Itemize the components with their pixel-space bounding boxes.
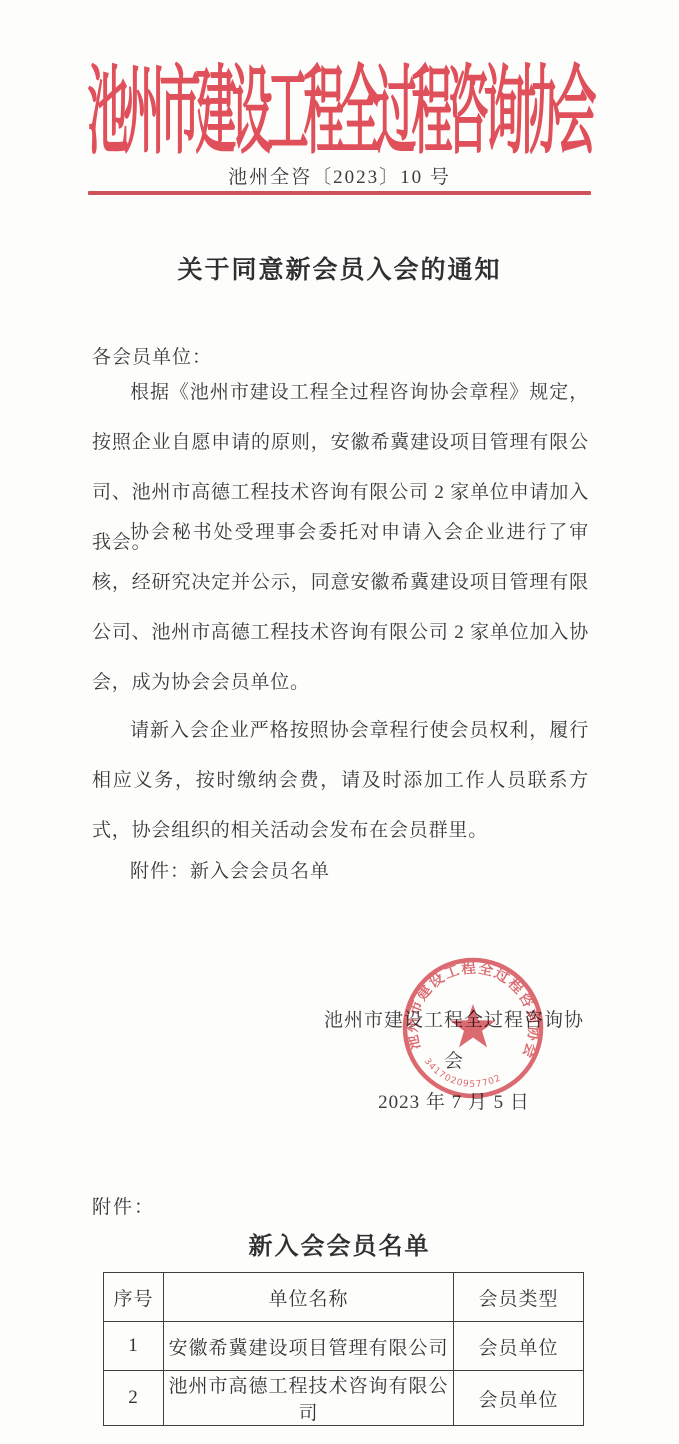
letterhead-divider-rule bbox=[88, 191, 591, 195]
letterhead-org-title: 池州市建设工程全过程咨询协会 bbox=[0, 34, 679, 173]
header-单位名称: 单位名称 bbox=[164, 1273, 454, 1322]
row-1-name: 安徽希冀建设项目管理有限公司 bbox=[164, 1322, 454, 1371]
signature-block: 池州市建设工程全过程咨询协会 2023 年 7 月 5 日 bbox=[318, 1000, 590, 1123]
signature-date: 2023 年 7 月 5 日 bbox=[318, 1082, 590, 1123]
header-会员类型: 会员类型 bbox=[454, 1273, 584, 1322]
signature-org: 池州市建设工程全过程咨询协会 bbox=[318, 1000, 590, 1082]
header-序号: 序号 bbox=[104, 1273, 164, 1322]
body-paragraph-2: 协会秘书处受理事会委托对申请入会企业进行了审核，经研究决定并公示，同意安徽希冀建… bbox=[92, 508, 589, 708]
notice-title: 关于同意新会员入会的通知 bbox=[0, 250, 679, 286]
salutation: 各会员单位： bbox=[92, 342, 589, 369]
body-paragraph-3: 请新入会企业严格按照协会章程行使会员权利，履行相应义务，按时缴纳会费，请及时添加… bbox=[92, 706, 589, 856]
row-1-no: 1 bbox=[104, 1322, 164, 1371]
table-row: 1 安徽希冀建设项目管理有限公司 会员单位 bbox=[104, 1322, 584, 1371]
attachment-table-title: 新入会会员名单 bbox=[0, 1226, 679, 1261]
row-2-name: 池州市高德工程技术咨询有限公司 bbox=[164, 1371, 454, 1426]
table-header-row: 序号 单位名称 会员类型 bbox=[104, 1273, 584, 1322]
attachment-note: 附件：新入会会员名单 bbox=[92, 856, 589, 883]
new-member-table: 序号 单位名称 会员类型 1 安徽希冀建设项目管理有限公司 会员单位 2 池州市… bbox=[103, 1272, 584, 1426]
attachment-label: 附件： bbox=[92, 1192, 155, 1219]
row-2-type: 会员单位 bbox=[454, 1371, 584, 1426]
table-row: 2 池州市高德工程技术咨询有限公司 会员单位 bbox=[104, 1371, 584, 1426]
document-number: 池州全咨〔2023〕10 号 bbox=[0, 162, 679, 189]
row-1-type: 会员单位 bbox=[454, 1322, 584, 1371]
row-2-no: 2 bbox=[104, 1371, 164, 1426]
document-page: 池州市建设工程全过程咨询协会 池州全咨〔2023〕10 号 关于同意新会员入会的… bbox=[0, 0, 679, 1444]
